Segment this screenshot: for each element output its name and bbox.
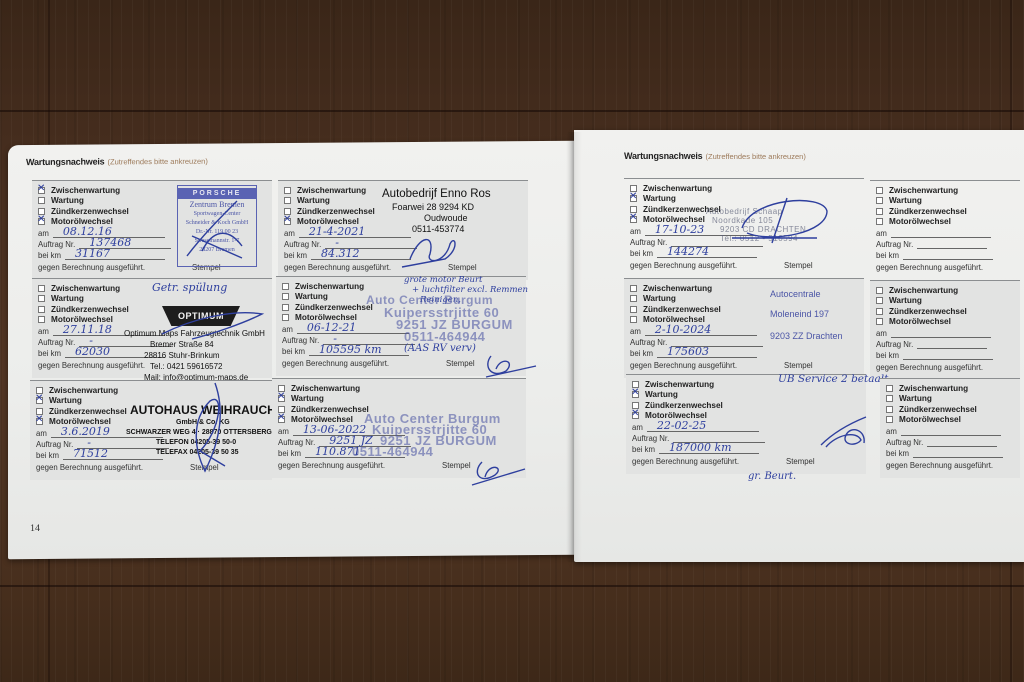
stamp-line: Sportwagen-Center [178,210,256,219]
service-record: ZwischenwartungWartungZündkerzenwechselM… [870,180,1020,280]
stamp-label: Stempel [784,361,813,370]
field-label: bei km [278,449,301,458]
optimum-logo: OPTIMUM [162,306,240,326]
order-number-field: Auftrag Nr. [876,240,987,249]
service-record: ZwischenwartungWartungZündkerzenwechselM… [626,374,866,474]
service-type-checklist: ZwischenwartungWartungZündkerzenwechselM… [632,379,723,421]
checkbox[interactable] [876,187,883,194]
field-label: bei km [282,347,305,356]
checkbox-label: Zwischenwartung [643,284,712,293]
service-type-checklist: ZwischenwartungWartungZündkerzenwechselM… [282,281,373,323]
faded-stamp-line: Tel.: 0512 - 510594 [720,234,798,243]
checkbox[interactable] [38,295,45,302]
mileage-field: bei km [876,351,993,360]
checkbox[interactable] [876,208,883,215]
field-label: bei km [36,451,59,460]
mileage-field: bei km187000 km [632,445,759,454]
stamp-line: Schneider & Koch GmbH [178,219,256,228]
service-record: ZwischenwartungWartungZündkerzenwechselM… [32,278,272,378]
field-label: bei km [886,449,909,458]
checkbox-label: Zündkerzenwechsel [51,305,129,314]
mileage-field: bei km175603 [630,349,757,358]
handwritten-note: UB Service 2 betaalt [778,373,888,385]
checkbox[interactable] [886,385,893,392]
checkbox[interactable] [886,395,893,402]
dealer-city: Oudwoude [424,213,468,223]
stamp-line: SCHWARZER WEG 4 · 28870 OTTERSBERG [126,429,272,436]
field-underline[interactable]: 71512 [63,451,163,460]
field-label: Auftrag Nr. [632,434,669,443]
heading-title: Wartungsnachweis [624,151,702,161]
service-type-checklist: ZwischenwartungWartungZündkerzenwechselM… [38,185,129,227]
field-underline[interactable]: 187000 km [659,445,759,454]
dealer-name: AUTOHAUS WEIHRAUCH [130,403,276,417]
checkbox-label: Zündkerzenwechsel [643,305,721,314]
dealer-stamp-line: Moleneind 197 [770,309,829,319]
field-underline[interactable]: 06-12-21 [297,325,409,334]
stamp-label: Stempel [442,461,471,470]
checklist-item[interactable]: Motorölwechsel [876,217,967,228]
stamp-line: GmbH & Co. KG [176,419,230,426]
checkbox-label: Zwischenwartung [51,186,120,195]
field-underline[interactable]: 84.312 [311,251,411,260]
mileage-field: bei km84.312 [284,251,411,260]
checkbox[interactable] [886,416,893,423]
field-label: bei km [876,251,899,260]
service-type-checklist: ZwischenwartungWartungZündkerzenwechselM… [630,183,721,225]
checklist-item[interactable]: Zwischenwartung [630,283,721,294]
field-underline[interactable] [913,449,1003,458]
checkbox-label: Zwischenwartung [889,286,958,295]
stamp-line: Zentrum Bremen [178,199,256,210]
checklist-item[interactable]: Wartung [630,194,721,205]
checklist-item[interactable]: Zwischenwartung [282,281,373,292]
checkbox[interactable] [630,195,637,202]
checklist-item[interactable]: Zwischenwartung [284,185,375,196]
checkbox-label: Zündkerzenwechsel [889,207,967,216]
stamp-line: 28816 Stuhr-Brinkum [144,351,220,360]
field-label: bei km [876,351,899,360]
checkbox[interactable] [282,304,289,311]
field-label: Auftrag Nr. [38,338,75,347]
field-underline[interactable] [927,438,997,447]
field-label: bei km [38,251,61,260]
service-record: ZwischenwartungWartungZündkerzenwechselM… [870,280,1020,380]
stamp-line: 28207 Bremen [178,246,256,255]
faded-stamp-line: 0511-464944 [352,444,433,459]
service-type-checklist: ZwischenwartungWartungZündkerzenwechselM… [278,383,369,425]
checkbox-label: Wartung [295,292,328,301]
field-label: Auftrag Nr. [876,340,913,349]
dealer-phone: 0511-453774 [412,224,464,234]
field-label: bei km [630,349,653,358]
checkbox[interactable] [278,395,285,402]
footer-note: gegen Berechnung ausgeführt. [632,457,739,466]
field-label: am [36,429,47,438]
page-number: 14 [30,523,40,534]
field-underline[interactable] [917,240,987,249]
footer-note: gegen Berechnung ausgeführt. [36,463,143,472]
field-underline[interactable] [917,340,987,349]
checklist-item[interactable]: Zündkerzenwechsel [38,304,129,315]
date-field: am06-12-21 [282,325,409,334]
checkbox-label: Wartung [49,396,82,405]
checkbox-label: Motorölwechsel [889,317,951,326]
checkbox[interactable] [38,306,45,313]
checklist-item[interactable]: Wartung [282,292,373,303]
checkbox-label: Wartung [297,196,330,205]
checkbox[interactable] [876,318,883,325]
date-field: am21-4-2021 [284,229,411,238]
checkbox[interactable] [886,406,893,413]
handwritten-note: grote motor Beurt [404,275,482,285]
service-type-checklist: ZwischenwartungWartungZündkerzenwechselM… [886,383,977,425]
date-field: am2-10-2024 [630,327,757,336]
field-underline[interactable]: 22-02-25 [647,423,759,432]
field-label: Auftrag Nr. [278,438,315,447]
handwritten-value: 3.6.2019 [61,425,110,438]
field-label: Auftrag Nr. [282,336,319,345]
checkbox[interactable] [630,306,637,313]
checklist-item[interactable]: Wartung [38,294,129,305]
date-field: am [886,427,1001,436]
field-label: bei km [632,445,655,454]
field-underline[interactable]: 2-10-2024 [645,327,757,336]
heading-hint: (Zutreffendes bitte ankreuzen) [705,152,805,161]
checklist-item[interactable]: Wartung [886,394,977,405]
checkbox-label: Wartung [643,194,676,203]
field-label: bei km [284,251,307,260]
checkbox[interactable] [38,218,45,225]
checkbox[interactable] [38,187,45,194]
service-type-checklist: ZwischenwartungWartungZündkerzenwechselM… [876,285,967,327]
service-record: ZwischenwartungWartungZündkerzenwechselM… [624,278,864,378]
checklist-item[interactable]: Zündkerzenwechsel [282,302,373,313]
field-underline[interactable]: 144274 [657,249,757,258]
porsche-dealer-stamp: PORSCHEZentrum BremenSportwagen-CenterSc… [177,185,257,267]
field-underline[interactable] [903,251,993,260]
mileage-field: bei km71512 [36,451,163,460]
checkbox-label: Wartung [645,390,678,399]
stamp-line: TELEFAX 04205-39 50 35 [156,449,239,456]
field-label: am [38,229,49,238]
handwritten-note: Getr. spülung [152,281,227,294]
checkbox-label: Wartung [643,294,676,303]
field-label: am [38,327,49,336]
checkbox[interactable] [876,297,883,304]
service-type-checklist: ZwischenwartungWartungZündkerzenwechselM… [38,283,129,325]
checklist-item[interactable]: Wartung [38,196,129,207]
field-underline[interactable] [891,229,991,238]
mileage-field: bei km105595 km [282,347,409,356]
checkbox-label: Zwischenwartung [291,384,360,393]
footer-note: gegen Berechnung ausgeführt. [630,361,737,370]
checkbox-label: Zwischenwartung [899,384,968,393]
checklist-item[interactable]: Zündkerzenwechsel [278,404,369,415]
checklist-item[interactable]: Wartung [876,196,967,207]
footer-note: gegen Berechnung ausgeführt. [630,261,737,270]
checkbox-label: Motorölwechsel [899,415,961,424]
date-field: am22-02-25 [632,423,759,432]
checkbox[interactable] [630,295,637,302]
checklist-item[interactable]: Zündkerzenwechsel [886,404,977,415]
checklist-item[interactable]: Zündkerzenwechsel [36,406,127,417]
checklist-item[interactable]: Wartung [284,196,375,207]
stamp-line: Stresemannstr. 1-7 [178,237,256,246]
handwritten-value: 31167 [75,247,110,260]
checkbox[interactable] [632,412,639,419]
checkbox[interactable] [282,314,289,321]
service-record: ZwischenwartungWartungZündkerzenwechselM… [624,178,864,278]
checkbox-label: Wartung [51,196,84,205]
page-heading: Wartungsnachweis(Zutreffendes bitte ankr… [624,151,806,161]
checkbox[interactable] [284,197,291,204]
field-label: am [632,423,643,432]
checkbox[interactable] [282,283,289,290]
porsche-logo: PORSCHE [178,188,256,199]
checkbox[interactable] [876,197,883,204]
service-record: ZwischenwartungWartungZündkerzenwechselM… [276,276,526,376]
handwritten-value: 175603 [667,345,709,358]
checkbox[interactable] [630,285,637,292]
checkbox[interactable] [36,418,43,425]
stamp-label: Stempel [190,463,219,472]
checklist-item[interactable]: Zündkerzenwechsel [876,206,967,217]
faded-stamp-line: 0511-464944 [404,329,485,344]
service-record: ZwischenwartungWartungZündkerzenwechselM… [880,378,1020,478]
checkbox-label: Zündkerzenwechsel [297,207,375,216]
checkbox[interactable] [876,287,883,294]
mileage-field: bei km144274 [630,249,757,258]
checkbox-label: Zündkerzenwechsel [889,307,967,316]
checklist-item[interactable]: Zwischenwartung [876,185,967,196]
checkbox[interactable] [38,197,45,204]
checklist-item[interactable]: Zündkerzenwechsel [632,400,723,411]
handwritten-value: 105595 km [319,343,382,356]
stamp-line: Tel.: 0421 59616572 [150,362,223,371]
footer-note: gegen Berechnung ausgeführt. [876,363,983,372]
handwritten-value: 62030 [75,345,110,358]
checklist-item[interactable]: Motorölwechsel [886,415,977,426]
checklist-item[interactable]: Wartung [876,296,967,307]
field-label: Auftrag Nr. [36,440,73,449]
field-label: am [630,227,641,236]
mileage-field: bei km [886,449,1003,458]
checkbox[interactable] [36,397,43,404]
checklist-item[interactable]: Zwischenwartung [278,383,369,394]
checklist-item[interactable]: Zündkerzenwechsel [630,304,721,315]
checkbox[interactable] [284,187,291,194]
checkbox-label: Zündkerzenwechsel [899,405,977,414]
checkbox[interactable] [632,391,639,398]
order-number-field: Auftrag Nr. [876,340,987,349]
checklist-item[interactable]: Wartung [36,396,127,407]
checkbox[interactable] [38,285,45,292]
handwritten-value: 2-10-2024 [655,323,711,336]
heading-title: Wartungsnachweis [26,156,104,167]
field-label: Auftrag Nr. [284,240,321,249]
field-label: Auftrag Nr. [630,238,667,247]
checklist-item[interactable]: Zwischenwartung [38,185,129,196]
checklist-item[interactable]: Zwischenwartung [38,283,129,294]
stamp-line: Bremer Straße 84 [150,340,214,349]
footer-note: gegen Berechnung ausgeführt. [876,263,983,272]
checkbox-label: Zündkerzenwechsel [291,405,369,414]
stamp-line: TELEFON 04205-39 50-0 [156,439,236,446]
page-heading: Wartungsnachweis(Zutreffendes bitte ankr… [26,156,208,167]
footer-note: gegen Berechnung ausgeführt. [278,461,385,470]
checkbox-label: Zwischenwartung [297,186,366,195]
field-label: am [630,327,641,336]
handwritten-value: 84.312 [321,247,360,260]
checklist-item[interactable]: Wartung [278,394,369,405]
footer-note: gegen Berechnung ausgeführt. [38,263,145,272]
checklist-item[interactable]: Wartung [630,294,721,305]
wood-plank-seam [0,585,1024,587]
checkbox-label: Wartung [291,394,324,403]
field-label: Auftrag Nr. [630,338,667,347]
checklist-item[interactable]: Zwischenwartung [36,385,127,396]
stamp-line: Optimum Maps Fahrzeugtechnik GmbH [124,329,265,338]
heading-hint: (Zutreffendes bitte ankreuzen) [107,157,207,167]
checkbox[interactable] [278,416,285,423]
mileage-field: bei km [876,251,993,260]
field-label: am [282,325,293,334]
date-field: am [876,329,991,338]
handwritten-value: 187000 km [669,441,732,454]
service-type-checklist: ZwischenwartungWartungZündkerzenwechselM… [284,185,375,227]
checkbox[interactable] [630,316,637,323]
footer-note: gegen Berechnung ausgeführt. [282,359,389,368]
service-record: ZwischenwartungWartungZündkerzenwechselM… [32,180,272,280]
field-label: Auftrag Nr. [876,240,913,249]
service-record: ZwischenwartungWartungZündkerzenwechselM… [278,180,528,280]
checkbox-label: Zwischenwartung [49,386,118,395]
checkbox-label: Zündkerzenwechsel [645,401,723,410]
checklist-item[interactable]: Zündkerzenwechsel [876,306,967,317]
checklist-item[interactable]: Zündkerzenwechsel [38,206,129,217]
booklet-spine [566,132,582,562]
checkbox[interactable] [284,218,291,225]
checklist-item[interactable]: Zwischenwartung [630,183,721,194]
checkbox[interactable] [282,293,289,300]
field-label: am [284,229,295,238]
handwritten-note: (AAS RV verv) [404,343,476,354]
wood-plank-seam [0,110,1024,112]
checkbox-label: Motorölwechsel [889,217,951,226]
field-underline[interactable] [901,427,1001,436]
checkbox-label: Zwischenwartung [889,186,958,195]
field-underline[interactable]: 31167 [65,251,165,260]
checklist-item[interactable]: Zwischenwartung [886,383,977,394]
field-label: am [876,229,887,238]
field-label: Auftrag Nr. [38,240,75,249]
dealer-stamp-line: Autocentrale [770,289,821,299]
checkbox[interactable] [876,308,883,315]
service-type-checklist: ZwischenwartungWartungZündkerzenwechselM… [876,185,967,227]
footer-note: gegen Berechnung ausgeführt. [38,361,145,370]
stamp-line: Dr.-Nr. 119 00 23 [178,228,256,237]
checklist-item[interactable]: Zwischenwartung [876,285,967,296]
stamp-label: Stempel [786,457,815,466]
faded-stamp-line: Noordkade 105 [712,216,773,225]
stamp-label: Stempel [784,261,813,270]
checklist-item[interactable]: Zündkerzenwechsel [284,206,375,217]
checkbox-label: Wartung [51,294,84,303]
handwritten-value: 22-02-25 [657,419,706,432]
checkbox-label: Wartung [889,296,922,305]
dealer-stamp-line: 9203 ZZ Drachten [770,331,843,341]
field-label: am [876,329,887,338]
field-label: am [886,427,897,436]
checklist-item[interactable]: Motorölwechsel [876,317,967,328]
faded-stamp-line: Autobedrijf Schaap [706,207,783,216]
stamp-label: Stempel [446,359,475,368]
handwritten-note: gr. Beurt. [748,471,796,482]
order-number-field: Auftrag Nr. [886,438,997,447]
service-record: ZwischenwartungWartungZündkerzenwechselM… [30,380,272,480]
checkbox-label: Zündkerzenwechsel [51,207,129,216]
checkbox-label: Zündkerzenwechsel [295,303,373,312]
footer-note: gegen Berechnung ausgeführt. [886,461,993,470]
date-field: am [876,229,991,238]
handwritten-value: 27.11.18 [63,323,112,336]
dealer-address: Foarwei 28 9294 KD [392,202,474,212]
dealer-name: Autobedrijf Enno Ros [382,188,491,200]
checkbox-label: Zwischenwartung [645,380,714,389]
field-label: Auftrag Nr. [886,438,923,447]
handwritten-value: 06-12-21 [307,321,356,334]
field-label: am [278,427,289,436]
checkbox-label: Zwischenwartung [51,284,120,293]
field-underline[interactable] [891,329,991,338]
field-underline[interactable]: 105595 km [309,347,409,356]
handwritten-value: 71512 [73,447,108,460]
handwritten-value: 144274 [667,245,709,258]
checkbox-label: Wartung [889,196,922,205]
field-underline[interactable]: 21-4-2021 [299,229,411,238]
mileage-field: bei km31167 [38,251,165,260]
checkbox-label: Zwischenwartung [295,282,364,291]
checkbox[interactable] [876,218,883,225]
service-type-checklist: ZwischenwartungWartungZündkerzenwechselM… [36,385,127,427]
checklist-item[interactable]: Wartung [632,390,723,401]
service-record: ZwischenwartungWartungZündkerzenwechselM… [272,378,526,478]
checklist-item[interactable]: Zwischenwartung [632,379,723,390]
checkbox[interactable] [38,316,45,323]
checkbox-label: Zündkerzenwechsel [49,407,127,416]
field-underline[interactable] [903,351,993,360]
footer-note: gegen Berechnung ausgeführt. [284,263,391,272]
field-label: bei km [38,349,61,358]
checkbox[interactable] [630,216,637,223]
checkbox-label: Wartung [899,394,932,403]
field-label: bei km [630,249,653,258]
stamp-label: Stempel [448,263,477,272]
field-underline[interactable]: 175603 [657,349,757,358]
faded-stamp-line: 9203 CD DRACHTEN [720,225,806,234]
service-type-checklist: ZwischenwartungWartungZündkerzenwechselM… [630,283,721,325]
checkbox-label: Zwischenwartung [643,184,712,193]
handwritten-value: 17-10-23 [655,223,704,236]
